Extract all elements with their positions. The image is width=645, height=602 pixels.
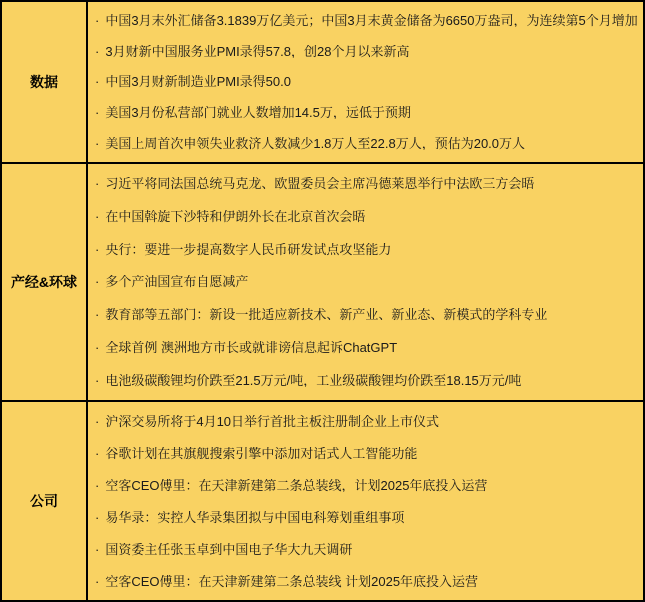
news-item-text: 电池级碳酸锂均价跌至21.5万元/吨，工业级碳酸锂均价跌至18.15万元/吨	[105, 374, 521, 387]
news-item-text: 空客CEO傅里：在天津新建第二条总装线 计划2025年底投入运营	[105, 575, 478, 588]
bullet-icon: ·	[95, 243, 99, 256]
news-item: ·3月财新中国服务业PMI录得57.8，创28个月以来新高	[95, 45, 643, 58]
news-item: ·电池级碳酸锂均价跌至21.5万元/吨，工业级碳酸锂均价跌至18.15万元/吨	[95, 374, 643, 387]
bullet-icon: ·	[95, 479, 99, 492]
news-item-text: 教育部等五部门：新设一批适应新技术、新产业、新业态、新模式的学科专业	[105, 308, 547, 321]
bullet-icon: ·	[95, 210, 99, 223]
bullet-icon: ·	[95, 543, 99, 556]
section-label-data: 数据	[2, 2, 88, 162]
news-item: ·沪深交易所将于4月10日举行首批主板注册制企业上市仪式	[95, 415, 643, 428]
news-item-text: 谷歌计划在其旗舰搜索引擎中添加对话式人工智能功能	[105, 447, 417, 460]
news-item: ·国资委主任张玉卓到中国电子华大九天调研	[95, 543, 643, 556]
news-item: ·中国3月财新制造业PMI录得50.0	[95, 75, 643, 88]
section-row-data: 数据 ·中国3月末外汇储备3.1839万亿美元；中国3月末黄金储备为6650万盎…	[2, 2, 643, 164]
section-label-economy-global: 产经&环球	[2, 164, 88, 400]
news-item-text: 全球首例 澳洲地方市长或就诽谤信息起诉ChatGPT	[105, 341, 397, 354]
news-digest-table: 数据 ·中国3月末外汇储备3.1839万亿美元；中国3月末黄金储备为6650万盎…	[0, 0, 645, 602]
news-item-text: 在中国斡旋下沙特和伊朗外长在北京首次会晤	[105, 210, 365, 223]
news-item: ·易华录：实控人华录集团拟与中国电科筹划重组事项	[95, 511, 643, 524]
news-item: ·在中国斡旋下沙特和伊朗外长在北京首次会晤	[95, 210, 643, 223]
bullet-icon: ·	[95, 14, 99, 27]
news-item-text: 国资委主任张玉卓到中国电子华大九天调研	[105, 543, 352, 556]
news-item: ·美国3月份私营部门就业人数增加14.5万，远低于预期	[95, 106, 643, 119]
news-item-text: 多个产油国宣布自愿减产	[105, 275, 248, 288]
news-item: ·教育部等五部门：新设一批适应新技术、新产业、新业态、新模式的学科专业	[95, 308, 643, 321]
bullet-icon: ·	[95, 575, 99, 588]
bullet-icon: ·	[95, 308, 99, 321]
news-item: ·全球首例 澳洲地方市长或就诽谤信息起诉ChatGPT	[95, 341, 643, 354]
news-item-text: 央行：要进一步提高数字人民币研发试点攻坚能力	[105, 243, 391, 256]
section-row-economy-global: 产经&环球 ·习近平将同法国总统马克龙、欧盟委员会主席冯德莱恩举行中法欧三方会晤…	[2, 164, 643, 402]
news-item: ·空客CEO傅里：在天津新建第二条总装线 计划2025年底投入运营	[95, 575, 643, 588]
bullet-icon: ·	[95, 275, 99, 288]
news-item: ·谷歌计划在其旗舰搜索引擎中添加对话式人工智能功能	[95, 447, 643, 460]
news-item-text: 中国3月财新制造业PMI录得50.0	[105, 75, 291, 88]
news-item-text: 空客CEO傅里：在天津新建第二条总装线，计划2025年底投入运营	[105, 479, 487, 492]
news-item-text: 3月财新中国服务业PMI录得57.8，创28个月以来新高	[105, 45, 409, 58]
bullet-icon: ·	[95, 45, 99, 58]
bullet-icon: ·	[95, 137, 99, 150]
section-label-company: 公司	[2, 402, 88, 600]
section-row-company: 公司 ·沪深交易所将于4月10日举行首批主板注册制企业上市仪式 ·谷歌计划在其旗…	[2, 402, 643, 600]
bullet-icon: ·	[95, 447, 99, 460]
news-item: ·多个产油国宣布自愿减产	[95, 275, 643, 288]
bullet-icon: ·	[95, 415, 99, 428]
section-items-company: ·沪深交易所将于4月10日举行首批主板注册制企业上市仪式 ·谷歌计划在其旗舰搜索…	[88, 402, 643, 600]
bullet-icon: ·	[95, 177, 99, 190]
news-item: ·习近平将同法国总统马克龙、欧盟委员会主席冯德莱恩举行中法欧三方会晤	[95, 177, 643, 190]
news-item: ·中国3月末外汇储备3.1839万亿美元；中国3月末黄金储备为6650万盎司，为…	[95, 14, 643, 27]
bullet-icon: ·	[95, 106, 99, 119]
news-item-text: 美国3月份私营部门就业人数增加14.5万，远低于预期	[105, 106, 411, 119]
news-item-text: 习近平将同法国总统马克龙、欧盟委员会主席冯德莱恩举行中法欧三方会晤	[105, 177, 534, 190]
bullet-icon: ·	[95, 511, 99, 524]
bullet-icon: ·	[95, 341, 99, 354]
news-item-text: 中国3月末外汇储备3.1839万亿美元；中国3月末黄金储备为6650万盎司，为连…	[105, 14, 637, 27]
news-item-text: 美国上周首次申领失业救济人数减少1.8万人至22.8万人，预估为20.0万人	[105, 137, 525, 150]
news-item-text: 沪深交易所将于4月10日举行首批主板注册制企业上市仪式	[105, 415, 439, 428]
news-item-text: 易华录：实控人华录集团拟与中国电科筹划重组事项	[105, 511, 404, 524]
news-item: ·美国上周首次申领失业救济人数减少1.8万人至22.8万人，预估为20.0万人	[95, 137, 643, 150]
bullet-icon: ·	[95, 75, 99, 88]
news-item: ·央行：要进一步提高数字人民币研发试点攻坚能力	[95, 243, 643, 256]
bullet-icon: ·	[95, 374, 99, 387]
section-items-data: ·中国3月末外汇储备3.1839万亿美元；中国3月末黄金储备为6650万盎司，为…	[88, 2, 643, 162]
news-item: ·空客CEO傅里：在天津新建第二条总装线，计划2025年底投入运营	[95, 479, 643, 492]
section-items-economy-global: ·习近平将同法国总统马克龙、欧盟委员会主席冯德莱恩举行中法欧三方会晤 ·在中国斡…	[88, 164, 643, 400]
